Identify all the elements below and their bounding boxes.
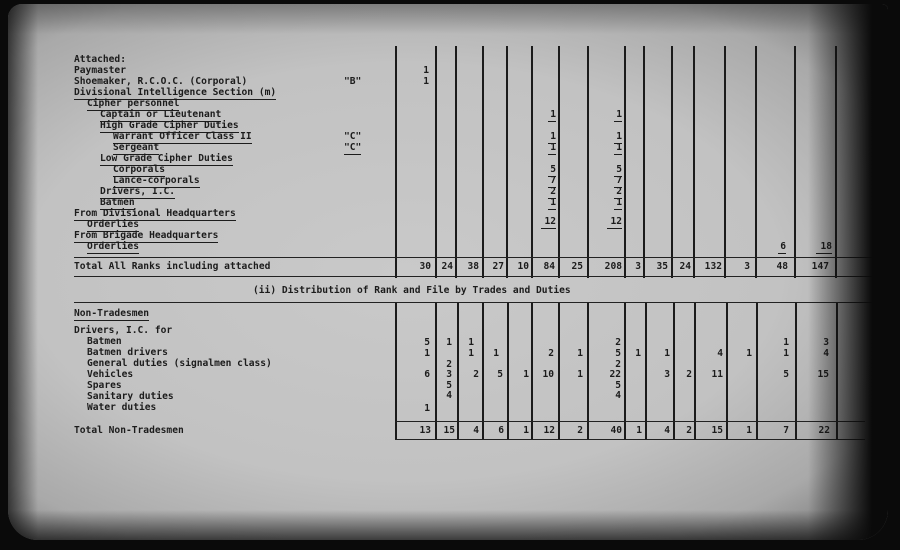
- total-nt-c14: 7: [758, 426, 789, 437]
- cell-batmen-drivers-c15: 1: [758, 349, 789, 360]
- total-nt-c4: 6: [485, 426, 504, 437]
- total-all-c4: 27: [485, 262, 504, 273]
- section-heading: (ii) Distribution of Rank and File by Tr…: [253, 286, 571, 297]
- cell-orderlies-div-c6: 12: [541, 217, 556, 229]
- cell-vehicles-c5: 1: [510, 370, 529, 381]
- cell-batmen-drivers-c3: 1: [460, 349, 474, 360]
- total-nt-c3: 4: [460, 426, 479, 437]
- total-all-c13: 3: [727, 262, 750, 273]
- cell-vehicles-c15: 5: [758, 370, 789, 381]
- total-all-c5: 10: [509, 262, 529, 273]
- document-page: Attached: Paymaster Shoemaker, R.C.O.C. …: [8, 4, 888, 540]
- total-all-c6: 84: [534, 262, 555, 273]
- total-all-c10: 35: [646, 262, 668, 273]
- grade-badge: "C": [344, 143, 361, 155]
- total-nt-c9: 1: [627, 426, 642, 437]
- cell-sergeant-c6: 1: [548, 143, 556, 155]
- cell-batmen-drivers-c13: 1: [729, 349, 752, 360]
- cell-vehicles-c6: 10: [534, 370, 554, 381]
- cell-batmen-drivers-c10: 1: [648, 349, 670, 360]
- total-nt-c10: 4: [648, 426, 670, 437]
- total-nt-c8: 40: [590, 426, 622, 437]
- film-edge-top: [8, 4, 888, 34]
- cell-batmen-drivers-c7: 1: [561, 349, 583, 360]
- cell-batmen-c8: 1: [614, 198, 622, 210]
- cell-vehicles-c12: 11: [697, 370, 723, 381]
- cell-batmen-drivers-c6: 2: [534, 349, 554, 360]
- group-heading-non-tradesmen: Non-Tradesmen: [74, 309, 149, 321]
- cell-vehicles-c3: 2: [460, 370, 479, 381]
- cell-vehicles-c4: 5: [485, 370, 503, 381]
- cell-vehicles-c1: 6: [400, 370, 430, 381]
- total-all-c9: 3: [627, 262, 641, 273]
- cell-sanitary-c8: 4: [590, 391, 621, 402]
- total-all-c14: 48: [758, 262, 788, 273]
- cell-batmen-drivers-c9: 1: [627, 349, 641, 360]
- film-edge-bottom: [8, 510, 888, 540]
- cell-orderlies-bde-c15: 6: [778, 242, 786, 254]
- total-all-c12: 132: [696, 262, 722, 273]
- total-nt-c11: 2: [676, 426, 692, 437]
- cell-vehicles-c10: 3: [648, 370, 670, 381]
- cell-batmen-drivers-c4: 1: [485, 349, 499, 360]
- cell-batmen-drivers-c12: 4: [697, 349, 723, 360]
- total-all-c1: 30: [400, 262, 431, 273]
- cell-orderlies-div-c8: 12: [607, 217, 622, 229]
- cell-sanitary-c2: 4: [438, 391, 452, 402]
- cell-batmen-c2: 1: [438, 338, 452, 349]
- cell-water-c1: 1: [400, 404, 430, 415]
- film-edge-right: [808, 4, 888, 540]
- total-nt-c7: 2: [561, 426, 583, 437]
- cell-sergeant-c8: 1: [614, 143, 622, 155]
- total-all-c8: 208: [590, 262, 622, 273]
- row-label-total-all-ranks: Total All Ranks including attached: [74, 262, 270, 273]
- total-all-c2: 24: [438, 262, 453, 273]
- cell-vehicles-c11: 2: [676, 370, 692, 381]
- lower-table-top-rule: [74, 302, 874, 303]
- row-label-water: Water duties: [87, 403, 156, 414]
- cell-captain-c8: 1: [614, 110, 622, 122]
- total-nt-c6: 12: [534, 426, 555, 437]
- cell-captain-c6: 1: [548, 110, 556, 122]
- total-nt-c2: 15: [438, 426, 455, 437]
- total-nt-c12: 15: [697, 426, 723, 437]
- total-nt-c1: 13: [400, 426, 431, 437]
- cell-batmen-c6: 1: [548, 198, 556, 210]
- row-label-total-non-tradesmen: Total Non-Tradesmen: [74, 426, 184, 437]
- cell-shoemaker-c1: 1: [413, 77, 429, 88]
- cell-vehicles-c7: 1: [561, 370, 583, 381]
- total-all-c7: 25: [561, 262, 583, 273]
- total-nt-c13: 1: [729, 426, 752, 437]
- cell-batmen-drivers-c1: 1: [400, 349, 430, 360]
- total-all-c3: 38: [458, 262, 479, 273]
- total-all-c11: 24: [674, 262, 691, 273]
- grade-badge: "B": [344, 77, 361, 88]
- film-edge-left: [8, 4, 38, 540]
- row-label-orderlies-bde: Orderlies: [87, 242, 139, 254]
- total-nt-c5: 1: [510, 426, 529, 437]
